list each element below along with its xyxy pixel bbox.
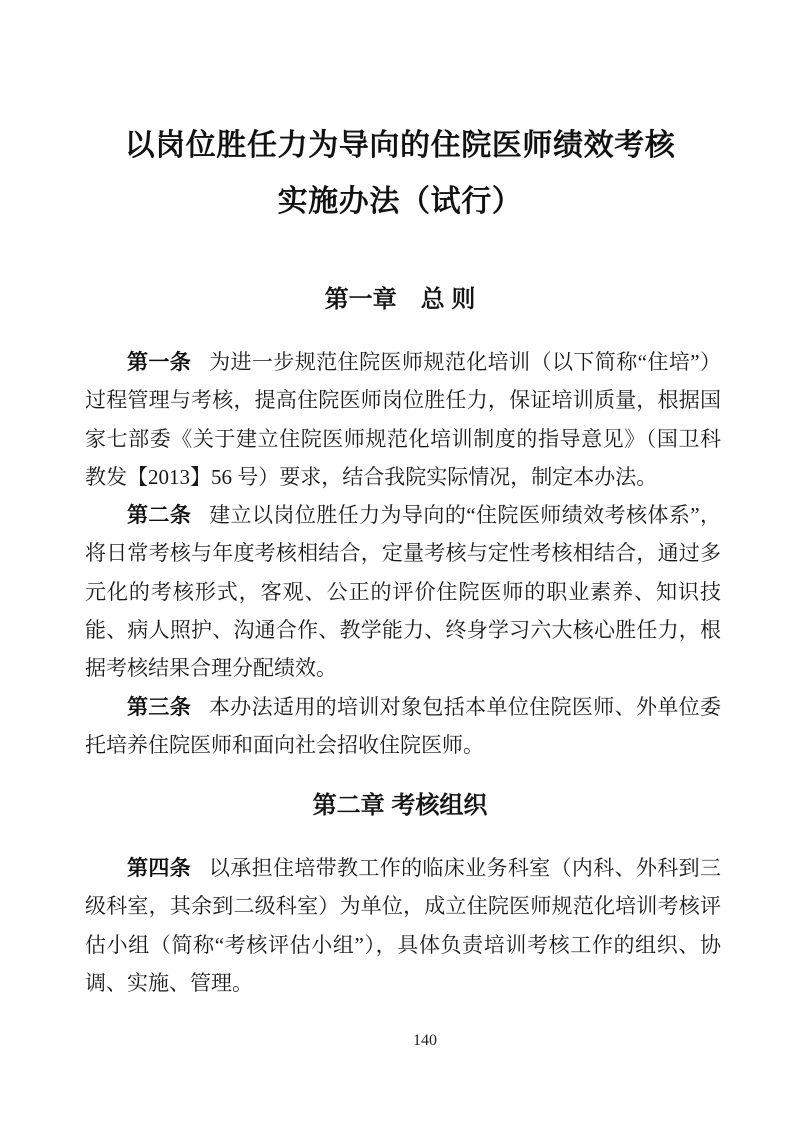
article-1: 第一条为进一步规范住院医师规范化培训（以下简称“住培”）过程管理与考核，提高住院… xyxy=(85,343,721,496)
chapter-2-heading: 第二章 考核组织 xyxy=(0,793,800,818)
document-title-line-2: 实施办法（试行） xyxy=(0,174,800,230)
chapter-2-body: 第四条以承担住培带教工作的临床业务科室（内科、外科到三级科室，其余到二级科室）为… xyxy=(85,849,721,1002)
chapter-1-body: 第一条为进一步规范住院医师规范化培训（以下简称“住培”）过程管理与考核，提高住院… xyxy=(85,343,721,764)
article-3: 第三条本办法适用的培训对象包括本单位住院医师、外单位委托培养住院医师和面向社会招… xyxy=(85,688,721,765)
document-page: 以岗位胜任力为导向的住院医师绩效考核 实施办法（试行） 第一章 总 则 第一条为… xyxy=(0,0,800,1129)
chapter-1-heading: 第一章 总 则 xyxy=(0,287,800,312)
article-4-label: 第四条 xyxy=(127,856,191,880)
article-2-label: 第二条 xyxy=(127,503,191,527)
page-number: 140 xyxy=(413,1031,437,1051)
article-1-label: 第一条 xyxy=(127,350,191,374)
article-2: 第二条建立以岗位胜任力为导向的“住院医师绩效考核体系”，将日常考核与年度考核相结… xyxy=(85,496,721,687)
document-title-line-1: 以岗位胜任力为导向的住院医师绩效考核 xyxy=(0,118,800,174)
article-3-label: 第三条 xyxy=(127,695,191,719)
document-title: 以岗位胜任力为导向的住院医师绩效考核 实施办法（试行） xyxy=(0,118,800,230)
article-2-text: 建立以岗位胜任力为导向的“住院医师绩效考核体系”，将日常考核与年度考核相结合，定… xyxy=(85,503,721,680)
article-4: 第四条以承担住培带教工作的临床业务科室（内科、外科到三级科室，其余到二级科室）为… xyxy=(85,849,721,1002)
